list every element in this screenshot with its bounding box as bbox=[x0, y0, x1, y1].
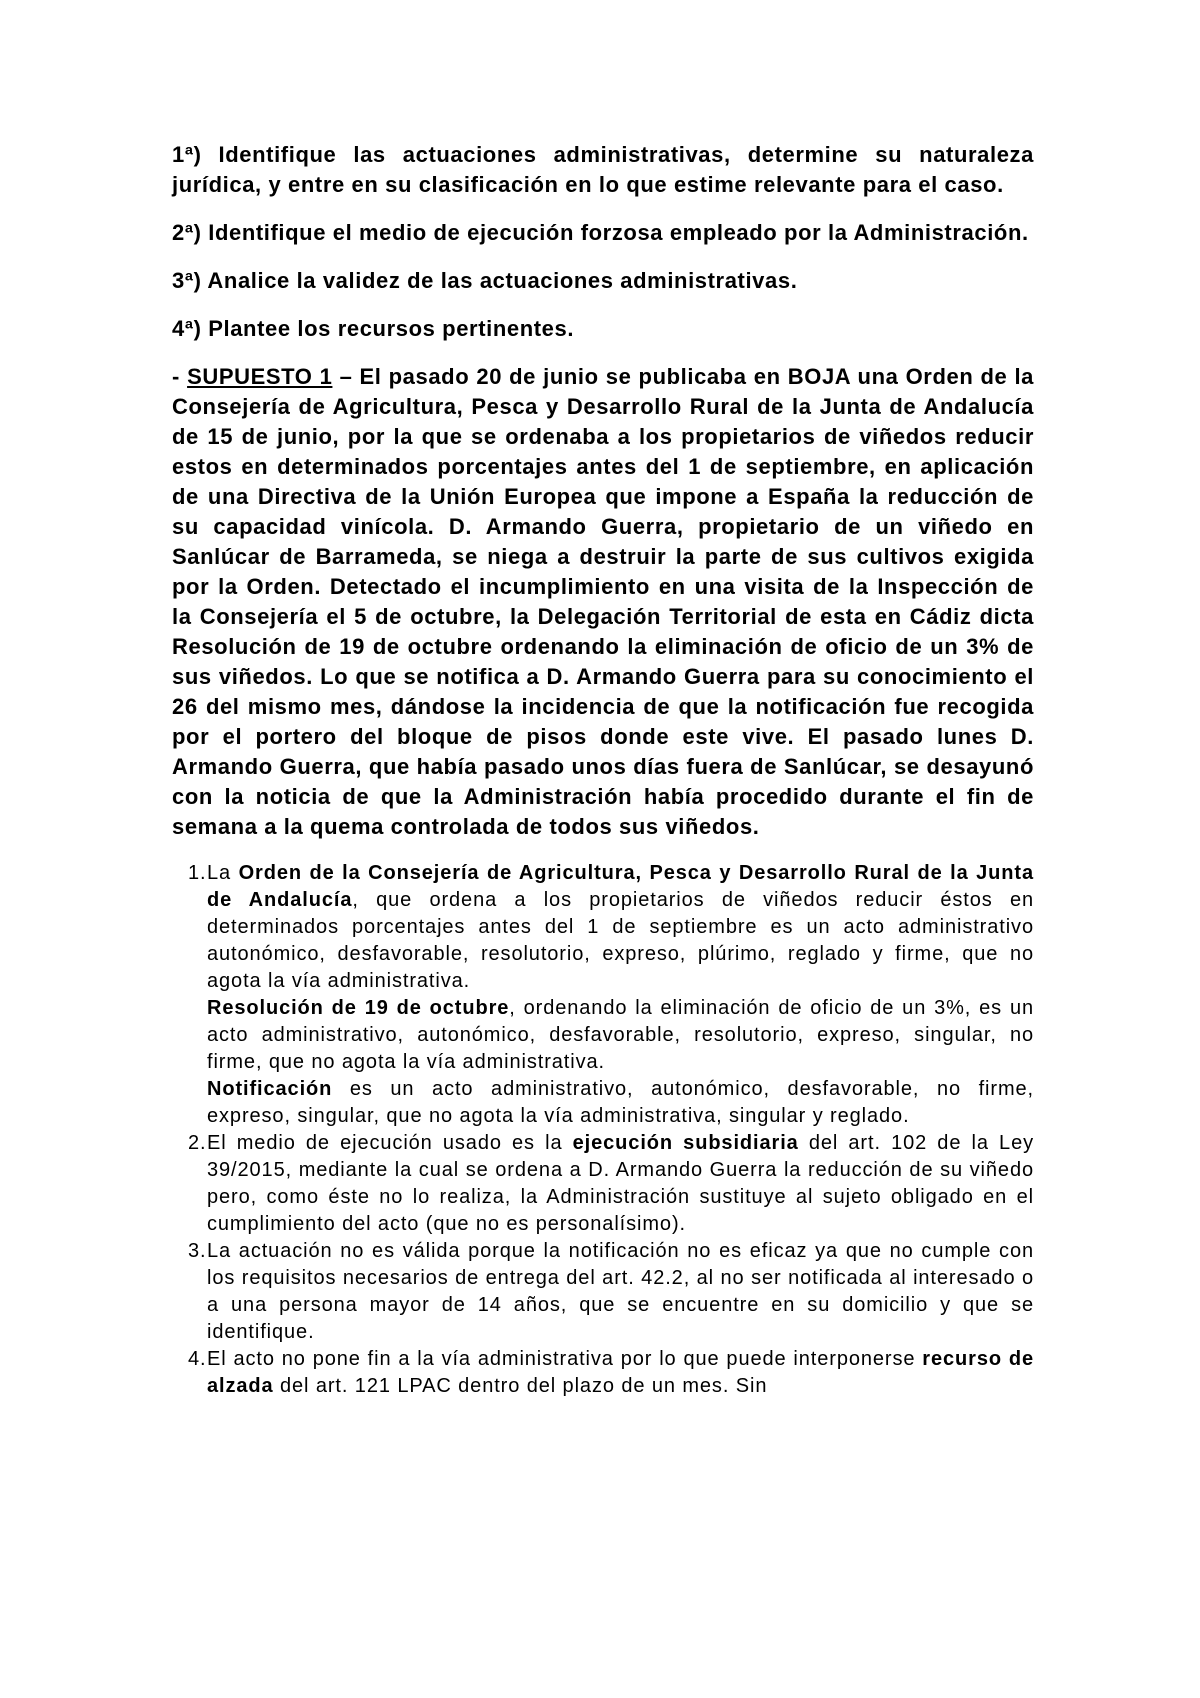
answer-4-body: El acto no pone fin a la vía administrat… bbox=[207, 1346, 1034, 1400]
question-2: 2ª) Identifique el medio de ejecución fo… bbox=[172, 218, 1034, 248]
question-3-text: Analice la validez de las actuaciones ad… bbox=[207, 268, 797, 293]
answer-3: 3. La actuación no es válida porque la n… bbox=[172, 1238, 1034, 1346]
answer-2-number: 2. bbox=[188, 1130, 206, 1157]
question-1-text: Identifique las actuaciones administrati… bbox=[172, 142, 1034, 197]
answer-1-body: La Orden de la Consejería de Agricultura… bbox=[207, 860, 1034, 1130]
answer-1-paragraph-3: Notificación es un acto administrativo, … bbox=[207, 1076, 1034, 1130]
answer-3-body: La actuación no es válida porque la noti… bbox=[207, 1238, 1034, 1346]
questions-section: 1ª) Identifique las actuaciones administ… bbox=[172, 140, 1034, 344]
question-2-text: Identifique el medio de ejecución forzos… bbox=[208, 220, 1028, 245]
document-page: 1ª) Identifique las actuaciones administ… bbox=[0, 0, 1200, 1698]
case-statement: - SUPUESTO 1 – El pasado 20 de junio se … bbox=[172, 362, 1034, 842]
case-body: El pasado 20 de junio se publicaba en BO… bbox=[172, 364, 1034, 839]
case-dash-close: – bbox=[340, 364, 353, 389]
answer-3-paragraph-1: La actuación no es válida porque la noti… bbox=[207, 1238, 1034, 1346]
case-dash-open: - bbox=[172, 364, 180, 389]
question-3-label: 3ª) bbox=[172, 268, 202, 293]
answer-2-paragraph-1: El medio de ejecución usado es la ejecuc… bbox=[207, 1130, 1034, 1238]
answer-1: 1. La Orden de la Consejería de Agricult… bbox=[172, 860, 1034, 1130]
answer-4-paragraph-1: El acto no pone fin a la vía administrat… bbox=[207, 1346, 1034, 1400]
case-title: SUPUESTO 1 bbox=[187, 364, 332, 389]
question-1-label: 1ª) bbox=[172, 142, 202, 167]
question-4-label: 4ª) bbox=[172, 316, 202, 341]
answer-1-paragraph-1: La Orden de la Consejería de Agricultura… bbox=[207, 860, 1034, 995]
question-3: 3ª) Analice la validez de las actuacione… bbox=[172, 266, 1034, 296]
answer-1-number: 1. bbox=[188, 860, 206, 887]
question-2-label: 2ª) bbox=[172, 220, 202, 245]
answer-1-paragraph-2: Resolución de 19 de octubre, ordenando l… bbox=[207, 995, 1034, 1076]
question-4-text: Plantee los recursos pertinentes. bbox=[208, 316, 574, 341]
answer-4: 4. El acto no pone fin a la vía administ… bbox=[172, 1346, 1034, 1400]
answers-list: 1. La Orden de la Consejería de Agricult… bbox=[172, 860, 1034, 1400]
question-4: 4ª) Plantee los recursos pertinentes. bbox=[172, 314, 1034, 344]
question-1: 1ª) Identifique las actuaciones administ… bbox=[172, 140, 1034, 200]
answer-3-number: 3. bbox=[188, 1238, 206, 1265]
answer-2: 2. El medio de ejecución usado es la eje… bbox=[172, 1130, 1034, 1238]
answer-4-number: 4. bbox=[188, 1346, 206, 1373]
answer-2-body: El medio de ejecución usado es la ejecuc… bbox=[207, 1130, 1034, 1238]
